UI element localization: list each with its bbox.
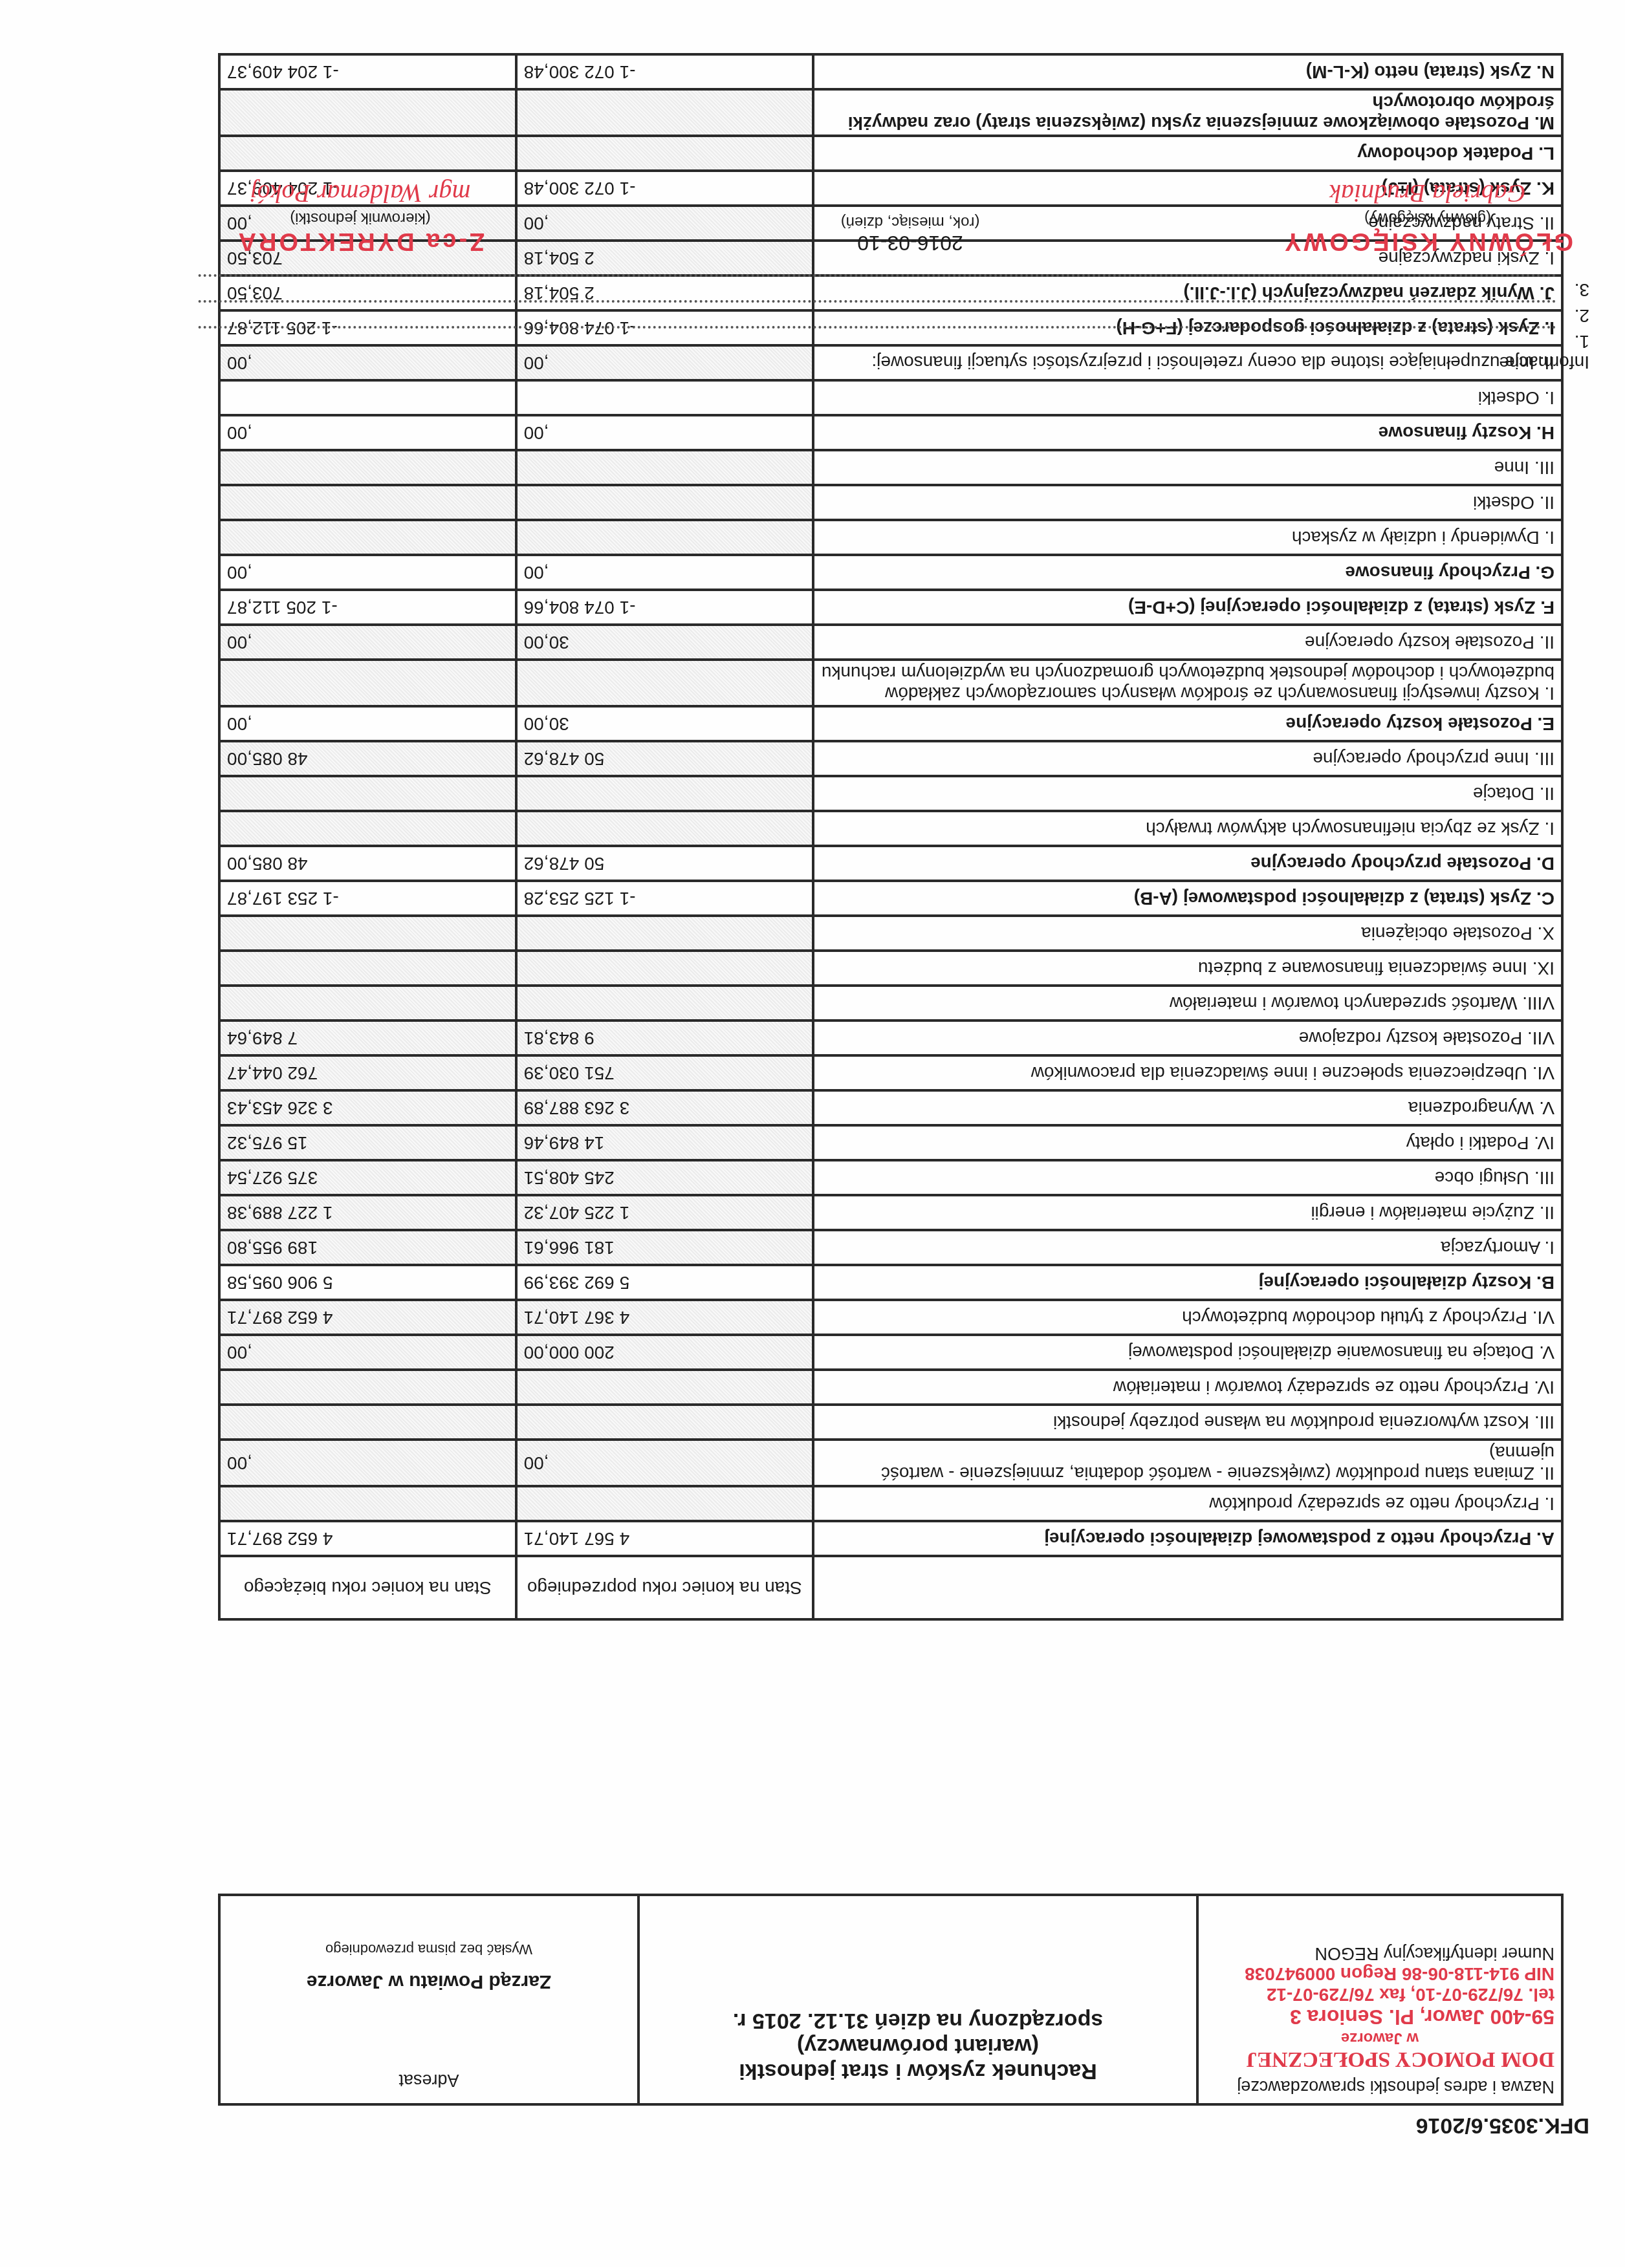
row-label: III. Koszt wytworzenia produktów na włas… <box>813 1405 1562 1440</box>
row-label: D. Pozostałe przychody operacyjne <box>813 846 1562 881</box>
report-variant: (wariant porównawczy) <box>659 2033 1177 2058</box>
value-curr <box>219 776 516 811</box>
value-prev <box>516 1370 813 1405</box>
row-label: IV. Przychody netto ze sprzedaży towarów… <box>813 1370 1562 1405</box>
row-label: II. Pozostałe koszty operacyjne <box>813 625 1562 660</box>
row-label: M. Pozostałe obowiązkowe zmniejszenia zy… <box>813 89 1562 136</box>
date-block: 2016-03-10 (rok, miesiąc, dzień) <box>748 178 1072 255</box>
manager-stamp: Z-ca DYREKTORA <box>166 227 554 255</box>
manager-name: mgr Waldemar Pokój <box>166 178 554 209</box>
row-label: I. Amortyzacja <box>813 1230 1562 1265</box>
table-row: H. Koszty finansowe,00,00 <box>219 415 1562 450</box>
table-row: VI. Ubezpieczenia społeczne i inne świad… <box>219 1055 1562 1090</box>
row-label: II. Odsetki <box>813 485 1562 520</box>
value-curr: ,00 <box>219 1335 516 1370</box>
regon-label: Numer identyfikacyjny REGON <box>1205 1943 1554 1963</box>
value-curr: 4 652 897,71 <box>219 1300 516 1335</box>
value-prev: 3 263 887,89 <box>516 1090 813 1125</box>
unit-cell: Nazwa i adres jednostki sprawozdawczej D… <box>1197 1895 1562 2104</box>
value-prev <box>516 951 813 986</box>
row-label: VII. Pozostałe koszty rodzajowe <box>813 1021 1562 1055</box>
info-item: 1. <box>166 326 1589 352</box>
table-row: I. Amortyzacja181 966,61189 955,80 <box>219 1230 1562 1265</box>
value-prev <box>516 520 813 555</box>
value-curr: 3 326 453,43 <box>219 1090 516 1125</box>
value-curr: 189 955,80 <box>219 1230 516 1265</box>
row-label: F. Zysk (strata) z działalności operacyj… <box>813 590 1562 625</box>
unit-stamp-nip: NIP 914-118-06-86 Regon 000947038 <box>1205 1963 1554 1984</box>
value-curr <box>219 520 516 555</box>
value-prev: 30,00 <box>516 625 813 660</box>
table-row: II. Pozostałe koszty operacyjne30,00,00 <box>219 625 1562 660</box>
supplementary-info: Informacje uzupełniające istotne dla oce… <box>166 178 1589 373</box>
row-label: VI. Przychody z tytułu dochodów budżetow… <box>813 1300 1562 1335</box>
value-prev <box>516 136 813 171</box>
value-prev: 200 000,00 <box>516 1335 813 1370</box>
table-row: IX. Inne świadczenia finansowane z budże… <box>219 951 1562 986</box>
date-caption: (rok, miesiąc, dzień) <box>748 213 1072 231</box>
addressee-cell: Adresat Zarząd Powiatu w Jaworze Wysłać … <box>219 1895 638 2104</box>
table-row: VIII. Wartość sprzedanych towarów i mate… <box>219 986 1562 1021</box>
value-prev <box>516 660 813 706</box>
row-label: E. Pozostałe koszty operacyjne <box>813 706 1562 741</box>
table-row: I. Odsetki <box>219 380 1562 415</box>
value-prev: ,00 <box>516 555 813 590</box>
value-prev <box>516 1405 813 1440</box>
table-row: II. Odsetki <box>219 485 1562 520</box>
addressee-label: Adresat <box>234 2070 624 2090</box>
value-prev: 751 030,39 <box>516 1055 813 1090</box>
row-label: III. Inne <box>813 450 1562 485</box>
row-label: H. Koszty finansowe <box>813 415 1562 450</box>
row-label: I. Zysk ze zbycia niefinansowych aktywów… <box>813 811 1562 846</box>
value-prev <box>516 916 813 951</box>
value-curr: 4 652 897,71 <box>219 1521 516 1556</box>
value-prev: ,00 <box>516 415 813 450</box>
value-prev: 245 408,51 <box>516 1160 813 1195</box>
table-row: V. Dotacje na finansowanie działalności … <box>219 1335 1562 1370</box>
value-curr <box>219 811 516 846</box>
value-prev: 181 966,61 <box>516 1230 813 1265</box>
value-prev: 14 849,46 <box>516 1125 813 1160</box>
value-curr <box>219 1370 516 1405</box>
row-label: I. Przychody netto ze sprzedaży produktó… <box>813 1486 1562 1521</box>
value-prev: 1 225 407,32 <box>516 1195 813 1230</box>
table-row: X. Pozostałe obciążenia <box>219 916 1562 951</box>
accountant-signature: GŁÓWNY KSIĘGOWY (główny księgowy) Gabrie… <box>1266 178 1589 255</box>
value-curr: 762 044,47 <box>219 1055 516 1090</box>
title-cell: Rachunek zysków i strat jednostki (waria… <box>638 1895 1197 2104</box>
col-curr-header: Stan na koniec roku bieżącego <box>219 1556 516 1619</box>
value-curr <box>219 1405 516 1440</box>
row-label: V. Dotacje na finansowanie działalności … <box>813 1335 1562 1370</box>
value-prev <box>516 89 813 136</box>
table-row: IV. Przychody netto ze sprzedaży towarów… <box>219 1370 1562 1405</box>
value-prev: 30,00 <box>516 706 813 741</box>
table-header-row: Stan na koniec roku poprzedniego Stan na… <box>219 1556 1562 1619</box>
value-curr: ,00 <box>219 415 516 450</box>
value-prev: ,00 <box>516 1440 813 1486</box>
value-prev <box>516 1486 813 1521</box>
value-curr: 15 975,32 <box>219 1125 516 1160</box>
table-row: N. Zysk (strata) netto (K-L-M)-1 072 300… <box>219 54 1562 89</box>
table-row: V. Wynagrodzenia3 263 887,893 326 453,43 <box>219 1090 1562 1125</box>
row-label: G. Przychody finansowe <box>813 555 1562 590</box>
row-label: II. Dotacje <box>813 776 1562 811</box>
document-number: DFK.3035.6/2016 <box>1416 2113 1589 2138</box>
value-curr <box>219 136 516 171</box>
row-label: IX. Inne świadczenia finansowane z budże… <box>813 951 1562 986</box>
value-prev: 9 843,81 <box>516 1021 813 1055</box>
addressee: Zarząd Powiatu w Jaworze <box>234 1971 624 1993</box>
table-row: G. Przychody finansowe,00,00 <box>219 555 1562 590</box>
accountant-name: Gabriela Brudniak <box>1266 178 1589 209</box>
info-item: 2. <box>166 300 1589 326</box>
row-label: VI. Ubezpieczenia społeczne i inne świad… <box>813 1055 1562 1090</box>
value-curr: ,00 <box>219 555 516 590</box>
unit-label: Nazwa i adres jednostki sprawozdawczej <box>1205 2077 1554 2097</box>
value-curr <box>219 380 516 415</box>
row-label: III. Usługi obce <box>813 1160 1562 1195</box>
manager-signature: Z-ca DYREKTORA (kierownik jednostki) mgr… <box>166 178 554 255</box>
unit-stamp-name: DOM POMOCY SPOŁECZNEJ <box>1205 2047 1554 2071</box>
unit-stamp-address: 59-400 Jawor, Pl. Seniora 3 <box>1205 2005 1554 2029</box>
value-curr: ,00 <box>219 1440 516 1486</box>
value-curr <box>219 1486 516 1521</box>
table-row: I. Zysk ze zbycia niefinansowych aktywów… <box>219 811 1562 846</box>
table-row: C. Zysk (strata) z działalności podstawo… <box>219 881 1562 916</box>
value-prev <box>516 380 813 415</box>
table-row: II. Zużycie materiałów i energii1 225 40… <box>219 1195 1562 1230</box>
value-curr: -1 204 409,37 <box>219 54 516 89</box>
table-row: I. Dywidendy i udziały w zyskach <box>219 520 1562 555</box>
sign-date: 2016-03-10 <box>748 231 1072 255</box>
table-row: III. Inne przychody operacyjne50 478,624… <box>219 741 1562 776</box>
manager-caption: (kierownik jednostki) <box>166 209 554 227</box>
report-date: sporządzony na dzień 31.12. 2015 r. <box>659 2008 1177 2033</box>
row-label: II. Zmiana stanu produktów (zwiększenie … <box>813 1440 1562 1486</box>
value-prev <box>516 776 813 811</box>
report-title: Rachunek zysków i strat jednostki <box>659 2058 1177 2084</box>
value-curr: -1 205 112,87 <box>219 590 516 625</box>
row-label: A. Przychody netto z podstawowej działal… <box>813 1521 1562 1556</box>
row-label: X. Pozostałe obciążenia <box>813 916 1562 951</box>
value-curr <box>219 485 516 520</box>
row-label: II. Zużycie materiałów i energii <box>813 1195 1562 1230</box>
value-prev <box>516 811 813 846</box>
table-row: IV. Podatki i opłaty14 849,4615 975,32 <box>219 1125 1562 1160</box>
table-row: VI. Przychody z tytułu dochodów budżetow… <box>219 1300 1562 1335</box>
col-prev-header: Stan na koniec roku poprzedniego <box>516 1556 813 1619</box>
value-curr: 375 927,54 <box>219 1160 516 1195</box>
value-curr: 48 085,00 <box>219 846 516 881</box>
value-prev: 4 567 140,71 <box>516 1521 813 1556</box>
value-curr <box>219 660 516 706</box>
table-row: F. Zysk (strata) z działalności operacyj… <box>219 590 1562 625</box>
row-label: V. Wynagrodzenia <box>813 1090 1562 1125</box>
value-prev: 4 367 140,71 <box>516 1300 813 1335</box>
row-label: I. Koszty inwestycji finansowanych ze śr… <box>813 660 1562 706</box>
table-row: III. Inne <box>219 450 1562 485</box>
value-prev: -1 125 253,28 <box>516 881 813 916</box>
value-curr: -1 253 197,87 <box>219 881 516 916</box>
value-prev: 50 478,62 <box>516 741 813 776</box>
value-prev <box>516 986 813 1021</box>
table-row: L. Podatek dochodowy <box>219 136 1562 171</box>
value-curr: ,00 <box>219 706 516 741</box>
value-curr <box>219 450 516 485</box>
row-label: I. Odsetki <box>813 380 1562 415</box>
row-label: N. Zysk (strata) netto (K-L-M) <box>813 54 1562 89</box>
value-curr: ,00 <box>219 625 516 660</box>
row-label: IV. Podatki i opłaty <box>813 1125 1562 1160</box>
table-row: III. Koszt wytworzenia produktów na włas… <box>219 1405 1562 1440</box>
table-row: II. Dotacje <box>219 776 1562 811</box>
value-prev: 5 692 393,99 <box>516 1265 813 1300</box>
value-prev <box>516 485 813 520</box>
row-label: III. Inne przychody operacyjne <box>813 741 1562 776</box>
value-prev: -1 074 804,66 <box>516 590 813 625</box>
header-table: Nazwa i adres jednostki sprawozdawczej D… <box>218 1894 1564 2106</box>
table-row: M. Pozostałe obowiązkowe zmniejszenia zy… <box>219 89 1562 136</box>
table-row: II. Zmiana stanu produktów (zwiększenie … <box>219 1440 1562 1486</box>
accountant-stamp: GŁÓWNY KSIĘGOWY <box>1266 227 1589 255</box>
row-label: VIII. Wartość sprzedanych towarów i mate… <box>813 986 1562 1021</box>
row-label: L. Podatek dochodowy <box>813 136 1562 171</box>
table-row: I. Koszty inwestycji finansowanych ze śr… <box>219 660 1562 706</box>
send-note: Wysłać bez pisma przewodniego <box>234 1941 624 1958</box>
row-label: I. Dywidendy i udziały w zyskach <box>813 520 1562 555</box>
value-prev <box>516 450 813 485</box>
row-label: B. Koszty działalności operacyjnej <box>813 1265 1562 1300</box>
value-curr: 5 906 095,58 <box>219 1265 516 1300</box>
table-row: I. Przychody netto ze sprzedaży produktó… <box>219 1486 1562 1521</box>
row-label: C. Zysk (strata) z działalności podstawo… <box>813 881 1562 916</box>
table-row: D. Pozostałe przychody operacyjne50 478,… <box>219 846 1562 881</box>
value-prev: -1 072 300,48 <box>516 54 813 89</box>
table-row: E. Pozostałe koszty operacyjne30,00,00 <box>219 706 1562 741</box>
info-item: 3. <box>166 274 1589 300</box>
document-sheet: DFK.3035.6/2016 Nazwa i adres jednostki … <box>0 0 1625 2267</box>
accountant-caption: (główny księgowy) <box>1266 209 1589 227</box>
unit-stamp-city: w Jaworze <box>1205 2029 1554 2047</box>
table-row: B. Koszty działalności operacyjnej5 692 … <box>219 1265 1562 1300</box>
value-curr <box>219 951 516 986</box>
value-curr: 48 085,00 <box>219 741 516 776</box>
value-curr <box>219 986 516 1021</box>
value-curr: 7 849,64 <box>219 1021 516 1055</box>
table-row: VII. Pozostałe koszty rodzajowe9 843,817… <box>219 1021 1562 1055</box>
value-curr: 1 227 889,38 <box>219 1195 516 1230</box>
value-curr <box>219 89 516 136</box>
unit-stamp-phone: tel. 76/729-07-10, fax 76/729-07-12 <box>1205 1984 1554 2005</box>
value-curr <box>219 916 516 951</box>
value-prev: 50 478,62 <box>516 846 813 881</box>
info-label: Informacje uzupełniające istotne dla oce… <box>166 352 1589 373</box>
table-row: III. Usługi obce245 408,51375 927,54 <box>219 1160 1562 1195</box>
table-row: A. Przychody netto z podstawowej działal… <box>219 1521 1562 1556</box>
